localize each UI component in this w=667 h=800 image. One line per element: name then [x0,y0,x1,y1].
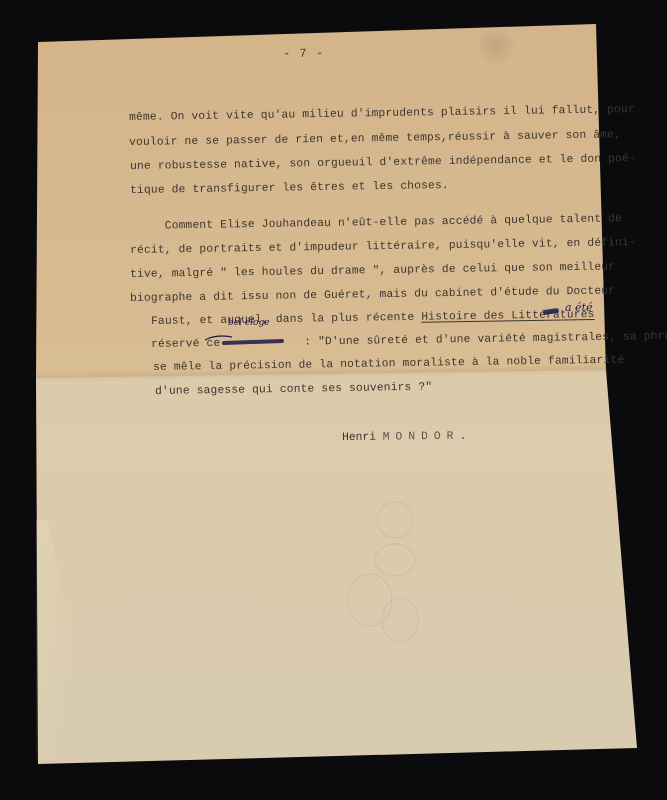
handwritten-bel-eloge: bel éloge [228,318,270,328]
page-number: - 7 - [283,46,324,61]
paper-sheet: - 7 - même. On voit vite qu'au milieu d'… [0,0,667,800]
insertion-caret-icon [204,328,234,342]
ink-smudge [476,26,516,66]
signature: Henri MONDOR. [342,431,466,444]
photo-stage: - 7 - même. On voit vite qu'au milieu d'… [0,0,667,800]
signature-terminal: . [459,431,466,443]
signature-first-name: Henri [342,432,376,444]
faint-watermark-icon [340,500,430,650]
struck-word-placeholder [227,345,297,346]
signature-surname: MONDOR [383,431,460,444]
handwritten-a-ete: a été [565,301,593,314]
